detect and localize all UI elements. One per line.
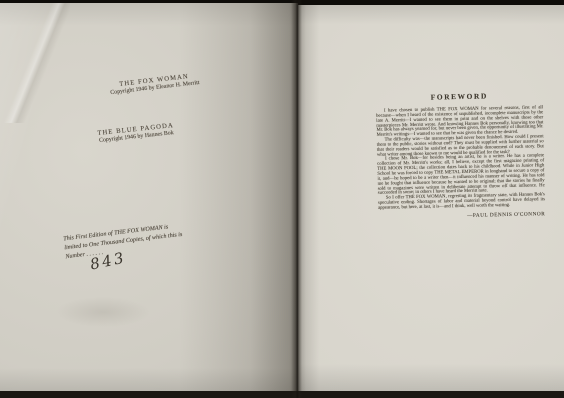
page-crease [0,3,70,123]
foreword-block: FOREWORD I have chosen to publish THE FO… [376,90,546,221]
foreword-paragraph-4: So I offer THE FOX WOMAN, regretting its… [378,193,545,211]
foreword-paragraph-3: I chose Mr. Bok—for besides being an art… [377,155,545,197]
book-gutter-shadow [291,0,302,398]
ink-bleed-through [38,291,168,333]
book-photo: THE FOX WOMAN Copyright 1946 by Eleanor … [0,0,564,398]
left-page [0,3,298,391]
